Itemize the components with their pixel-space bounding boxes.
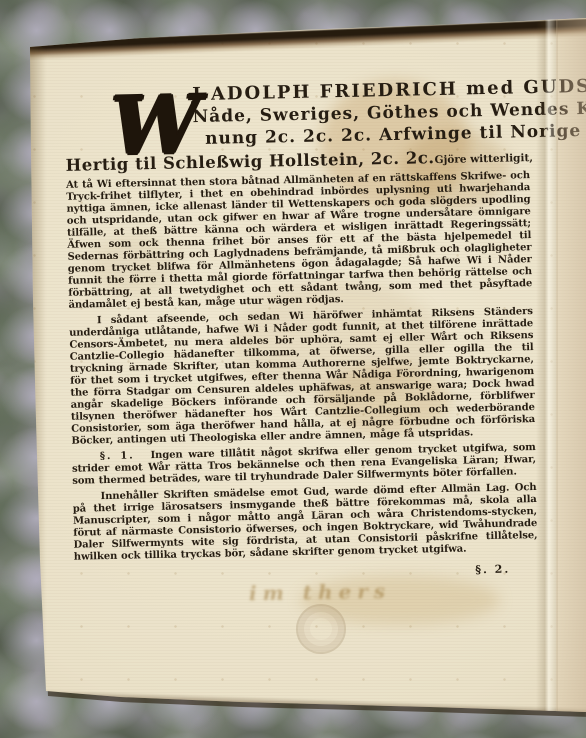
paragraph: At tå Wi eftersinnat then stora båtnad A…	[66, 170, 533, 312]
fold-crease	[536, 0, 558, 738]
section-marker: §. 1.	[100, 450, 151, 462]
photograph-background: im thers W J ADOLPH FRIEDRICH med GUDS N…	[0, 0, 586, 738]
document-text: W J ADOLPH FRIEDRICH med GUDS Nåde, Swer…	[64, 77, 538, 585]
document-page: im thers W J ADOLPH FRIEDRICH med GUDS N…	[0, 0, 586, 738]
paragraph: I sådant afseende, och sedan Wi häröfwer…	[69, 306, 536, 448]
drop-cap-initial: W	[110, 86, 194, 172]
fold-right-margin	[556, 0, 586, 738]
body-paragraphs: At tå Wi eftersinnat then stora båtnad A…	[66, 170, 538, 564]
left-edge-shading	[28, 40, 46, 700]
paragraph: Innehåller Skriften smädelse emot Gud, w…	[72, 482, 537, 564]
heading-line-4-proclamation: Gjöre witterligit,	[434, 147, 533, 172]
paragraph: §. 1. Ingen ware tillåtit något skrifwa …	[72, 442, 537, 488]
